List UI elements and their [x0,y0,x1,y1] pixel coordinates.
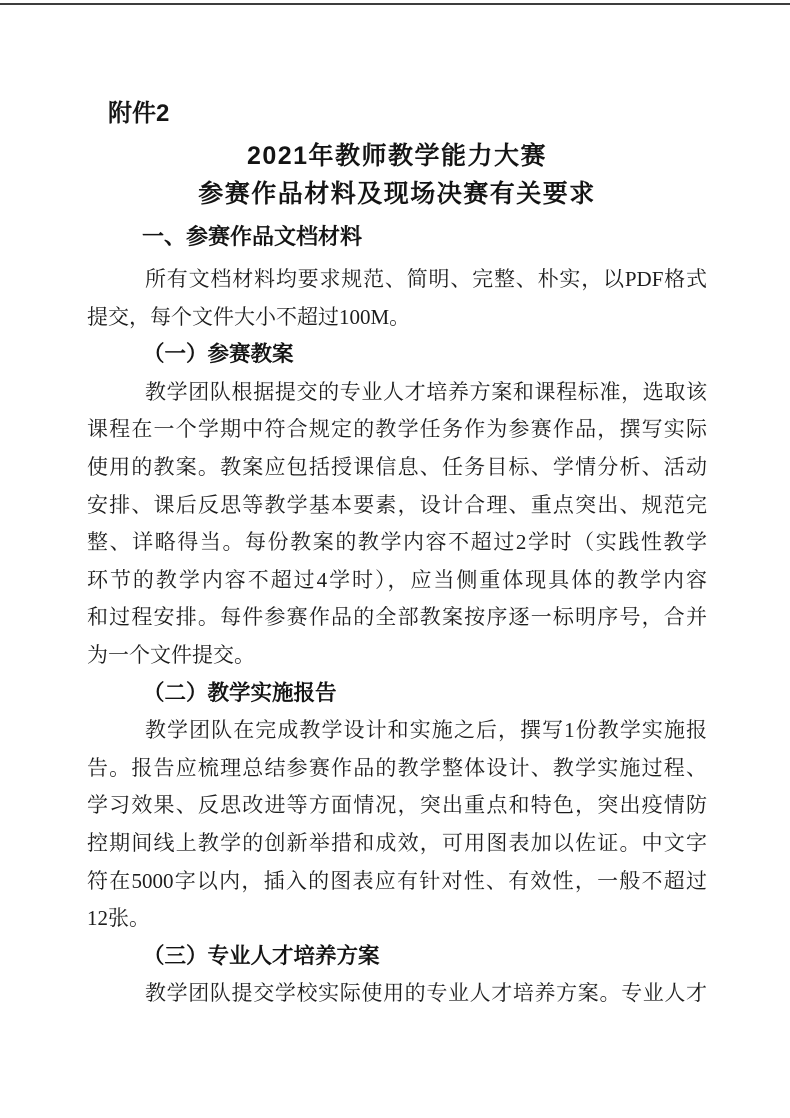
subsection-heading-2: （二）教学实施报告 [87,675,707,713]
document-content: 附件2 2021年教师教学能力大赛 参赛作品材料及现场决赛有关要求 一、参赛作品… [87,0,707,1013]
paragraph-line: 符在5000字以内，插入的图表应有针对性、有效性，一般不超过 [87,863,707,901]
paragraph-line: 整、详略得当。每份教案的教学内容不超过2学时（实践性教学 [87,524,707,562]
paragraph-line: 使用的教案。教案应包括授课信息、任务目标、学情分析、活动 [87,449,707,487]
section-body: 所有文档材料均要求规范、简明、完整、朴实，以PDF格式 提交，每个文件大小不超过… [87,261,707,1013]
paragraph-line: 所有文档材料均要求规范、简明、完整、朴实，以PDF格式 [87,261,707,299]
subsection-heading-1: （一）参赛教案 [87,336,707,374]
document-page: 附件2 2021年教师教学能力大赛 参赛作品材料及现场决赛有关要求 一、参赛作品… [0,0,790,1118]
paragraph-line: 教学团队在完成教学设计和实施之后，撰写1份教学实施报 [87,712,707,750]
paragraph-line: 学习效果、反思改进等方面情况，突出重点和特色，突出疫情防 [87,787,707,825]
section-heading: 一、参赛作品文档材料 [87,223,707,251]
attachment-label: 附件2 [108,99,707,129]
paragraph-line: 提交，每个文件大小不超过100M。 [87,299,707,337]
paragraph-line: 教学团队提交学校实际使用的专业人才培养方案。专业人才 [87,975,707,1013]
paragraph-line: 环节的教学内容不超过4学时），应当侧重体现具体的教学内容 [87,562,707,600]
paragraph-line: 安排、课后反思等教学基本要素，设计合理、重点突出、规范完 [87,487,707,525]
paragraph-line: 12张。 [87,900,707,938]
document-title-line2: 参赛作品材料及现场决赛有关要求 [87,179,707,209]
paragraph-line: 控期间线上教学的创新举措和成效，可用图表加以佐证。中文字 [87,825,707,863]
paragraph-line: 教学团队根据提交的专业人才培养方案和课程标准，选取该 [87,374,707,412]
paragraph-line: 为一个文件提交。 [87,637,707,675]
paragraph-line: 告。报告应梳理总结参赛作品的教学整体设计、教学实施过程、 [87,750,707,788]
paragraph-line: 和过程安排。每件参赛作品的全部教案按序逐一标明序号，合并 [87,599,707,637]
document-title-line1: 2021年教师教学能力大赛 [87,141,707,171]
paragraph-line: 课程在一个学期中符合规定的教学任务作为参赛作品，撰写实际 [87,411,707,449]
subsection-heading-3: （三）专业人才培养方案 [87,938,707,976]
